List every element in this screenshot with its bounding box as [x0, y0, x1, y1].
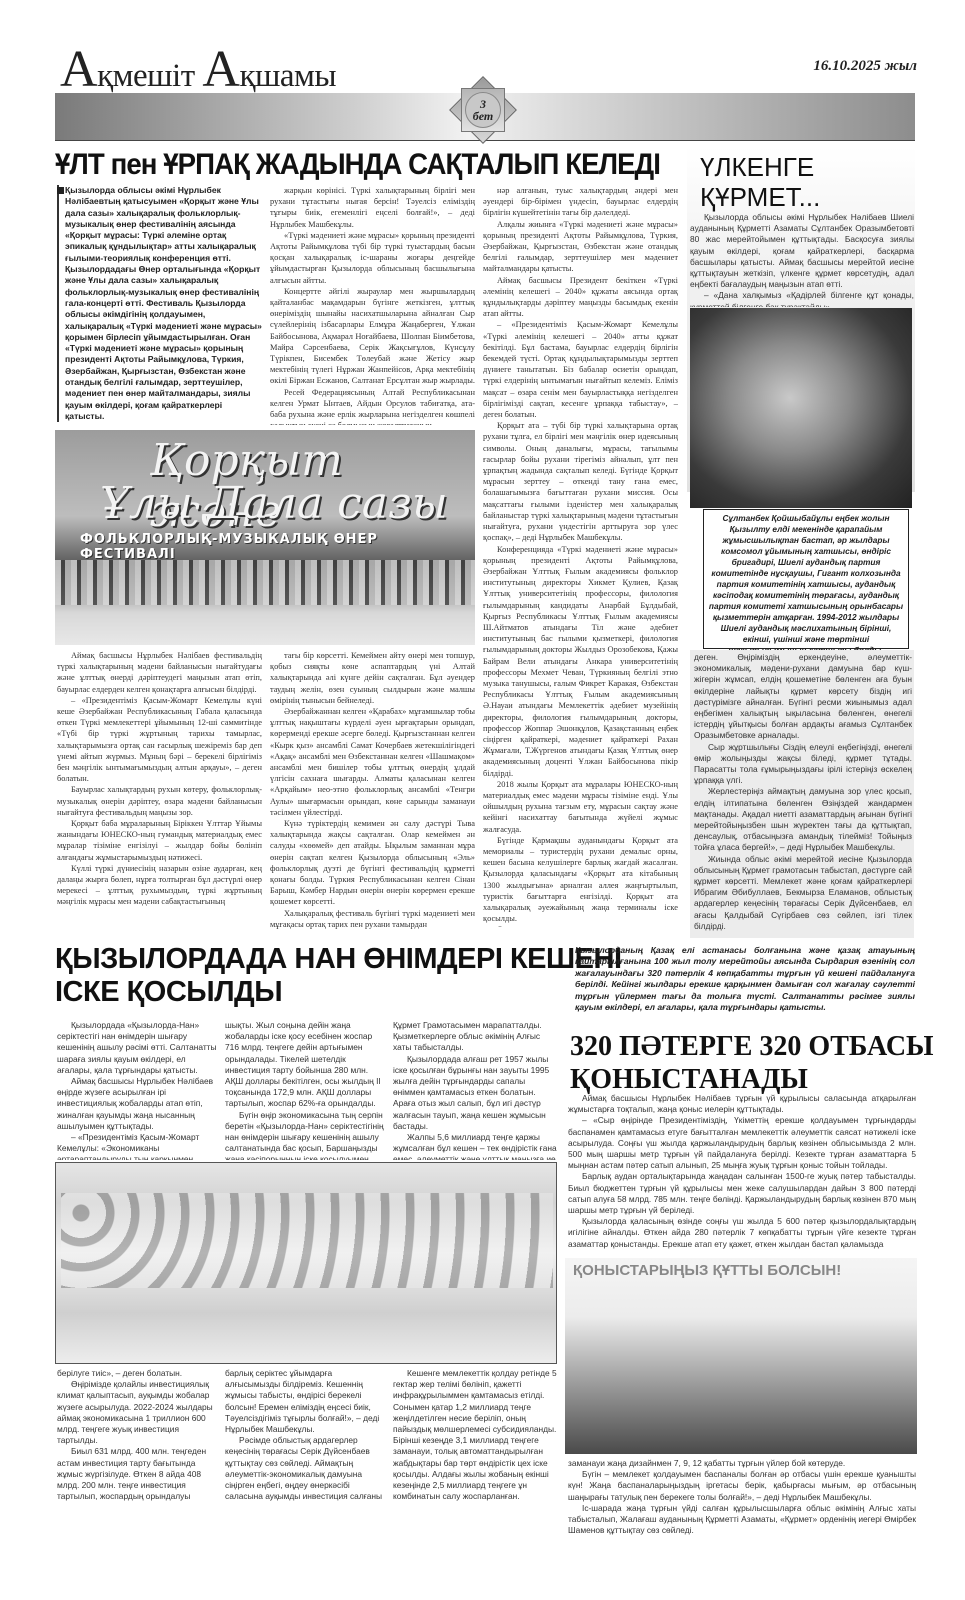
article1-headline: ҰЛТ пен ҰРПАҚ ЖАДЫНДА САҚТАЛЫП КЕЛЕДІ [55, 148, 660, 182]
article3-headline: 320 ПӘТЕРГЕ 320 ОТБАСЫ ҚОНЫСТАНАДЫ [570, 1030, 934, 1096]
article2-headline: ҚЫЗЫЛОРДАДА НАН ӨНІМДЕРІ КЕШЕНІ ІСКЕ ҚОС… [55, 943, 622, 1009]
article1-lead: Қызылорда облысы әкімі Нұрлыбек Нәлібаев… [57, 185, 262, 422]
article2-bottom-column-3: Кешенге мемлекеттік қолдау ретінде 5 гек… [393, 1368, 558, 1503]
bakery-staff-photo [55, 1162, 557, 1364]
article2-bottom-column-2: барлық серіктес ұйымдарға алғысымызды бі… [225, 1368, 385, 1503]
sidebar-body-1: Қызылорда облысы әкімі Нұрлыбек Нәлібаев… [690, 212, 914, 307]
article3-body: Аймақ басшысы Нұрлыбек Нәлібаев тұрғын ү… [568, 1093, 916, 1253]
article3-intro: Қызылорданың Қазақ елі астанасы болғанын… [575, 945, 915, 1013]
article2-column-3: Құрмет Грамотасымен марапатталды. Қызмет… [393, 1020, 558, 1160]
page-number-badge: 3 бет [445, 72, 521, 148]
issue-date: 16.10.2025 жыл [813, 58, 917, 75]
festival-photo: Қорқыт және Ұлы Дала сазы ФОЛЬКЛОРЛЫҚ-МУ… [55, 430, 475, 645]
newspaper-title: Ақмешіт Ақшамы [60, 50, 336, 95]
article2-bottom-column-1: берілуге тиіс», – деген болатын. Өңірімі… [57, 1368, 217, 1503]
article2-column-2: шықты. Жыл соңына дейін жаңа жобаларды і… [225, 1020, 385, 1160]
page-number: 3 бет [465, 92, 501, 128]
photo-caption: Сұлтанбек Қойшыбайұлы еңбек жолын Қызылт… [703, 509, 909, 649]
stage-performers [55, 560, 475, 605]
bakers-group [61, 1193, 553, 1288]
article1-column-3: нәр алғанын, туыс халықтардың әндері мен… [483, 185, 678, 927]
article1-bottom-column-1: Аймақ басшысы Нұрлыбек Нәлібаев фестивал… [57, 650, 262, 935]
article1-column-2: жарқын көрінісі. Түркі халықтарының бірл… [270, 185, 475, 425]
sidebar-body-2: деген. Өңіріміздің еркендеуіне, әлеуметт… [694, 652, 912, 937]
article2-column-1: Қызылордада «Қызылорда-Нан» серіктестігі… [57, 1020, 217, 1160]
elder-portrait-photo [690, 308, 912, 508]
new-residents-photo: ҚОНЫСТАРЫҢЫЗ ҚҰТТЫ БОЛСЫН! [565, 1258, 917, 1454]
article1-bottom-column-2: тағы бір көрсетті. Кемеймен айту өнері м… [270, 650, 475, 935]
article3-body-after: заманауи жаңа дизайнмен 7, 9, 12 қабатты… [568, 1458, 916, 1538]
sidebar-headline: ҮЛКЕНГЕ ҚҰРМЕТ... [700, 152, 820, 212]
